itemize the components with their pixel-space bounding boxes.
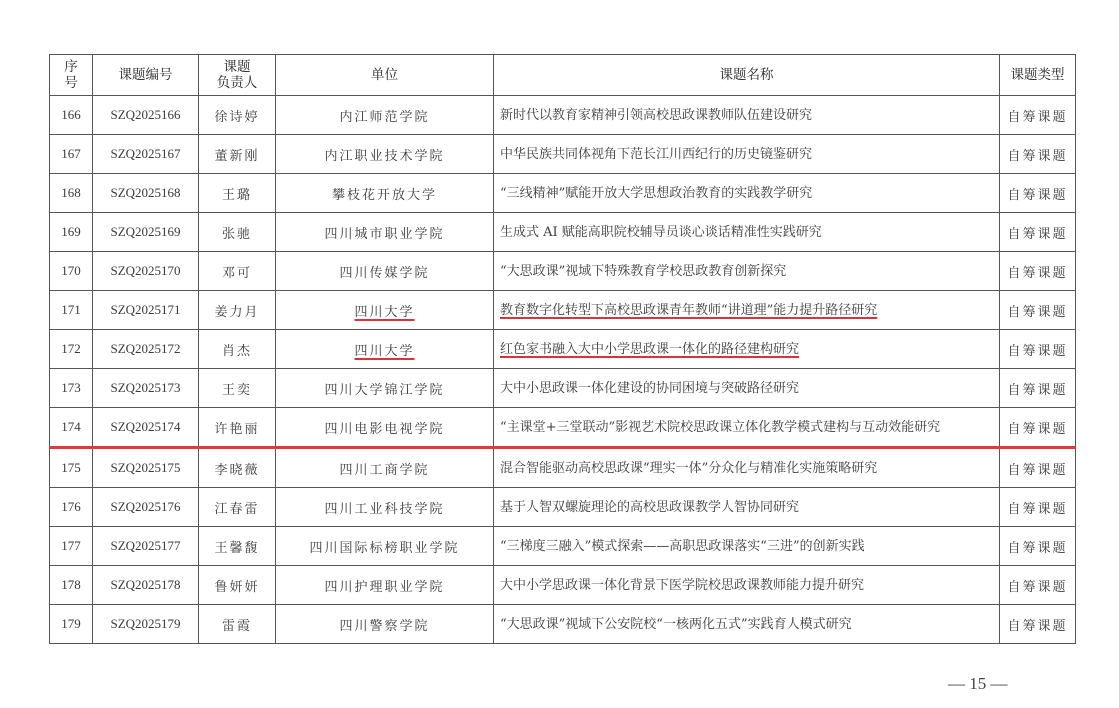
row-type: 自筹课题 (1000, 330, 1076, 369)
row-unit: 四川国际标榜职业学院 (276, 527, 494, 566)
table-row: 177SZQ2025177王馨馥四川国际标榜职业学院“三梯度三融入”模式探索——… (50, 527, 1076, 566)
row-title-text: “大思政课”视域下特殊教育学校思政教育创新探究 (500, 264, 786, 279)
table-row: 178SZQ2025178鲁妍妍四川护理职业学院大中小学思政课一体化背景下医学院… (50, 566, 1076, 605)
row-type: 自筹课题 (1000, 369, 1076, 408)
row-leader: 徐诗婷 (199, 96, 276, 135)
table-row: 176SZQ2025176江春雷四川工业科技学院基于人智双螺旋理论的高校思政课教… (50, 488, 1076, 527)
row-index: 166 (50, 96, 93, 135)
row-type-text: 自筹课题 (1007, 541, 1067, 556)
row-index-text: 169 (61, 224, 81, 239)
row-type: 自筹课题 (1000, 448, 1076, 488)
row-index: 177 (50, 527, 93, 566)
row-code-text: SZQ2025177 (110, 538, 180, 553)
row-leader: 姜力月 (199, 291, 276, 330)
row-index-text: 178 (61, 577, 81, 592)
row-type-text: 自筹课题 (1007, 422, 1067, 437)
row-title: “主课堂+三堂联动”影视艺术院校思政课立体化教学模式建构与互动效能研究 (494, 408, 1000, 448)
row-unit: 四川工业科技学院 (276, 488, 494, 527)
row-unit-text: 四川大学锦江学院 (324, 383, 444, 398)
row-index-text: 177 (61, 538, 81, 553)
row-type-text: 自筹课题 (1007, 580, 1067, 595)
row-unit-text: 内江师范学院 (339, 110, 429, 125)
row-index: 170 (50, 252, 93, 291)
row-leader-text: 鲁妍妍 (214, 580, 259, 595)
row-unit-text: 四川工业科技学院 (324, 502, 444, 517)
row-index: 178 (50, 566, 93, 605)
row-type-text: 自筹课题 (1007, 383, 1067, 398)
row-type: 自筹课题 (1000, 174, 1076, 213)
row-type: 自筹课题 (1000, 488, 1076, 527)
row-code: SZQ2025169 (93, 213, 199, 252)
row-leader-text: 邓可 (222, 266, 252, 281)
row-index: 173 (50, 369, 93, 408)
row-code: SZQ2025171 (93, 291, 199, 330)
row-title: 红色家书融入大中小学思政课一体化的路径建构研究 (494, 330, 1000, 369)
row-leader: 雷霞 (199, 605, 276, 644)
row-type-text: 自筹课题 (1007, 149, 1067, 164)
row-index: 167 (50, 135, 93, 174)
row-type-text: 自筹课题 (1007, 110, 1067, 125)
row-code: SZQ2025173 (93, 369, 199, 408)
row-index-text: 170 (61, 263, 81, 278)
row-title-text: 大中小思政课一体化建设的协同困境与突破路径研究 (500, 381, 799, 396)
header-title: 课题名称 (494, 55, 1000, 96)
row-unit-text: 内江职业技术学院 (324, 149, 444, 164)
row-leader-text: 张驰 (222, 227, 252, 242)
row-title-text: “三梯度三融入”模式探索——高职思政课落实“三进”的创新实践 (500, 539, 865, 554)
table-row: 173SZQ2025173王奕四川大学锦江学院大中小思政课一体化建设的协同困境与… (50, 369, 1076, 408)
row-type: 自筹课题 (1000, 213, 1076, 252)
row-index-text: 172 (61, 341, 81, 356)
row-unit-text: 四川国际标榜职业学院 (309, 541, 459, 556)
row-code-text: SZQ2025170 (110, 263, 180, 278)
row-title-text: “主课堂+三堂联动”影视艺术院校思政课立体化教学模式建构与互动效能研究 (500, 420, 940, 435)
row-type-text: 自筹课题 (1007, 502, 1067, 517)
row-unit: 四川警察学院 (276, 605, 494, 644)
table-row: 170SZQ2025170邓可四川传媒学院“大思政课”视域下特殊教育学校思政教育… (50, 252, 1076, 291)
row-type-text: 自筹课题 (1007, 344, 1067, 359)
row-index-text: 173 (61, 380, 81, 395)
row-type-text: 自筹课题 (1007, 463, 1067, 478)
header-leader: 课题 负责人 (199, 55, 276, 96)
row-code: SZQ2025176 (93, 488, 199, 527)
row-type-text: 自筹课题 (1007, 266, 1067, 281)
row-leader: 张驰 (199, 213, 276, 252)
row-index: 174 (50, 408, 93, 448)
row-title-text: “大思政课”视域下公安院校“一核两化五式”实践育人模式研究 (500, 617, 852, 632)
row-title-text: 新时代以教育家精神引领高校思政课教师队伍建设研究 (500, 108, 812, 123)
row-unit: 四川大学 (276, 291, 494, 330)
row-unit-text: 四川护理职业学院 (324, 580, 444, 595)
row-unit: 四川大学锦江学院 (276, 369, 494, 408)
row-title-text: 中华民族共同体视角下范长江川西纪行的历史镜鉴研究 (500, 147, 812, 162)
row-index-text: 175 (61, 460, 81, 475)
row-code: SZQ2025179 (93, 605, 199, 644)
row-code-text: SZQ2025175 (110, 460, 180, 475)
row-leader-text: 徐诗婷 (214, 110, 259, 125)
row-index: 168 (50, 174, 93, 213)
row-code-text: SZQ2025172 (110, 341, 180, 356)
row-index: 179 (50, 605, 93, 644)
row-leader: 江春雷 (199, 488, 276, 527)
row-type-text: 自筹课题 (1007, 305, 1067, 320)
row-unit: 四川传媒学院 (276, 252, 494, 291)
row-leader-text: 江春雷 (214, 502, 259, 517)
row-index-text: 179 (61, 616, 81, 631)
row-index-text: 167 (61, 146, 81, 161)
row-code-text: SZQ2025167 (110, 146, 180, 161)
row-title-text: 混合智能驱动高校思政课“理实一体”分众化与精准化实施策略研究 (500, 461, 877, 476)
row-type: 自筹课题 (1000, 566, 1076, 605)
row-title: 新时代以教育家精神引领高校思政课教师队伍建设研究 (494, 96, 1000, 135)
row-code-text: SZQ2025171 (110, 302, 180, 317)
row-leader: 李晓薇 (199, 448, 276, 488)
row-leader: 鲁妍妍 (199, 566, 276, 605)
row-code-text: SZQ2025178 (110, 577, 180, 592)
row-leader: 邓可 (199, 252, 276, 291)
row-leader: 王奕 (199, 369, 276, 408)
row-leader-text: 董新刚 (214, 149, 259, 164)
row-title: “三梯度三融入”模式探索——高职思政课落实“三进”的创新实践 (494, 527, 1000, 566)
row-title: 中华民族共同体视角下范长江川西纪行的历史镜鉴研究 (494, 135, 1000, 174)
row-index-text: 174 (61, 419, 81, 434)
header-code: 课题编号 (93, 55, 199, 96)
row-index: 171 (50, 291, 93, 330)
table-row: 174SZQ2025174许艳丽四川电影电视学院“主课堂+三堂联动”影视艺术院校… (50, 408, 1076, 448)
table-row: 171SZQ2025171姜力月四川大学教育数字化转型下高校思政课青年教师“讲道… (50, 291, 1076, 330)
row-code: SZQ2025174 (93, 408, 199, 448)
row-unit-text: 攀枝花开放大学 (332, 188, 437, 203)
row-index: 169 (50, 213, 93, 252)
row-title: 基于人智双螺旋理论的高校思政课教学人智协同研究 (494, 488, 1000, 527)
row-leader: 董新刚 (199, 135, 276, 174)
row-code-text: SZQ2025174 (110, 419, 180, 434)
table-row: 172SZQ2025172肖杰四川大学红色家书融入大中小学思政课一体化的路径建构… (50, 330, 1076, 369)
row-title: 大中小学思政课一体化背景下医学院校思政课教师能力提升研究 (494, 566, 1000, 605)
row-title-text: 教育数字化转型下高校思政课青年教师“讲道理”能力提升路径研究 (500, 303, 877, 318)
page-number: — 15 — (948, 674, 1008, 694)
row-title-text: 红色家书融入大中小学思政课一体化的路径建构研究 (500, 342, 799, 357)
row-type: 自筹课题 (1000, 135, 1076, 174)
row-type: 自筹课题 (1000, 605, 1076, 644)
row-code-text: SZQ2025176 (110, 499, 180, 514)
row-title-text: 生成式 AI 赋能高职院校辅导员谈心谈话精准性实践研究 (500, 225, 822, 240)
table-row: 169SZQ2025169张驰四川城市职业学院生成式 AI 赋能高职院校辅导员谈… (50, 213, 1076, 252)
row-leader-text: 雷霞 (222, 619, 252, 634)
row-unit-text: 四川大学 (354, 344, 414, 359)
row-index-text: 176 (61, 499, 81, 514)
row-unit: 四川工商学院 (276, 448, 494, 488)
row-type: 自筹课题 (1000, 408, 1076, 448)
row-unit: 四川大学 (276, 330, 494, 369)
row-code: SZQ2025168 (93, 174, 199, 213)
row-code: SZQ2025167 (93, 135, 199, 174)
project-table: 序 号 课题编号 课题 负责人 单位 课题名称 课题类型 166SZQ20251… (49, 54, 1076, 644)
row-leader: 王馨馥 (199, 527, 276, 566)
row-leader: 许艳丽 (199, 408, 276, 448)
row-code: SZQ2025166 (93, 96, 199, 135)
row-index: 172 (50, 330, 93, 369)
row-code: SZQ2025175 (93, 448, 199, 488)
row-title: “大思政课”视域下特殊教育学校思政教育创新探究 (494, 252, 1000, 291)
header-type: 课题类型 (1000, 55, 1076, 96)
row-unit-text: 四川工商学院 (339, 463, 429, 478)
row-index-text: 171 (61, 302, 81, 317)
row-unit: 四川护理职业学院 (276, 566, 494, 605)
row-type: 自筹课题 (1000, 252, 1076, 291)
table-row: 167SZQ2025167董新刚内江职业技术学院中华民族共同体视角下范长江川西纪… (50, 135, 1076, 174)
header-index: 序 号 (50, 55, 93, 96)
row-code: SZQ2025177 (93, 527, 199, 566)
row-unit: 四川电影电视学院 (276, 408, 494, 448)
row-unit: 内江师范学院 (276, 96, 494, 135)
row-leader-text: 姜力月 (214, 305, 259, 320)
row-title: “大思政课”视域下公安院校“一核两化五式”实践育人模式研究 (494, 605, 1000, 644)
row-code: SZQ2025172 (93, 330, 199, 369)
row-leader-text: 王璐 (222, 188, 252, 203)
row-code-text: SZQ2025168 (110, 185, 180, 200)
table-row: 166SZQ2025166徐诗婷内江师范学院新时代以教育家精神引领高校思政课教师… (50, 96, 1076, 135)
row-type: 自筹课题 (1000, 96, 1076, 135)
header-unit: 单位 (276, 55, 494, 96)
row-leader-text: 李晓薇 (214, 463, 259, 478)
row-type: 自筹课题 (1000, 291, 1076, 330)
row-code-text: SZQ2025166 (110, 107, 180, 122)
row-unit-text: 四川大学 (354, 305, 414, 320)
row-type: 自筹课题 (1000, 527, 1076, 566)
row-unit-text: 四川电影电视学院 (324, 422, 444, 437)
row-type-text: 自筹课题 (1007, 188, 1067, 203)
row-code-text: SZQ2025169 (110, 224, 180, 239)
row-index-text: 166 (61, 107, 81, 122)
row-leader-text: 肖杰 (222, 344, 252, 359)
row-title-text: 大中小学思政课一体化背景下医学院校思政课教师能力提升研究 (500, 578, 864, 593)
row-title: 混合智能驱动高校思政课“理实一体”分众化与精准化实施策略研究 (494, 448, 1000, 488)
row-title: “三线精神”赋能开放大学思想政治教育的实践教学研究 (494, 174, 1000, 213)
row-unit: 四川城市职业学院 (276, 213, 494, 252)
row-title: 生成式 AI 赋能高职院校辅导员谈心谈话精准性实践研究 (494, 213, 1000, 252)
row-index: 176 (50, 488, 93, 527)
row-type-text: 自筹课题 (1007, 227, 1067, 242)
table-row: 179SZQ2025179雷霞四川警察学院“大思政课”视域下公安院校“一核两化五… (50, 605, 1076, 644)
row-leader-text: 王馨馥 (214, 541, 259, 556)
row-title: 教育数字化转型下高校思政课青年教师“讲道理”能力提升路径研究 (494, 291, 1000, 330)
row-leader: 肖杰 (199, 330, 276, 369)
row-title-text: “三线精神”赋能开放大学思想政治教育的实践教学研究 (500, 186, 812, 201)
row-index-text: 168 (61, 185, 81, 200)
row-code: SZQ2025178 (93, 566, 199, 605)
row-index: 175 (50, 448, 93, 488)
row-code-text: SZQ2025179 (110, 616, 180, 631)
row-type-text: 自筹课题 (1007, 619, 1067, 634)
table-header-row: 序 号 课题编号 课题 负责人 单位 课题名称 课题类型 (50, 55, 1076, 96)
table-row: 168SZQ2025168王璐攀枝花开放大学“三线精神”赋能开放大学思想政治教育… (50, 174, 1076, 213)
row-unit-text: 四川传媒学院 (339, 266, 429, 281)
row-code: SZQ2025170 (93, 252, 199, 291)
row-title: 大中小思政课一体化建设的协同困境与突破路径研究 (494, 369, 1000, 408)
row-unit-text: 四川城市职业学院 (324, 227, 444, 242)
table-row: 175SZQ2025175李晓薇四川工商学院混合智能驱动高校思政课“理实一体”分… (50, 448, 1076, 488)
row-title-text: 基于人智双螺旋理论的高校思政课教学人智协同研究 (500, 500, 799, 515)
row-unit: 攀枝花开放大学 (276, 174, 494, 213)
row-unit: 内江职业技术学院 (276, 135, 494, 174)
row-code-text: SZQ2025173 (110, 380, 180, 395)
row-leader-text: 许艳丽 (214, 422, 259, 437)
row-leader: 王璐 (199, 174, 276, 213)
row-unit-text: 四川警察学院 (339, 619, 429, 634)
row-leader-text: 王奕 (222, 383, 252, 398)
